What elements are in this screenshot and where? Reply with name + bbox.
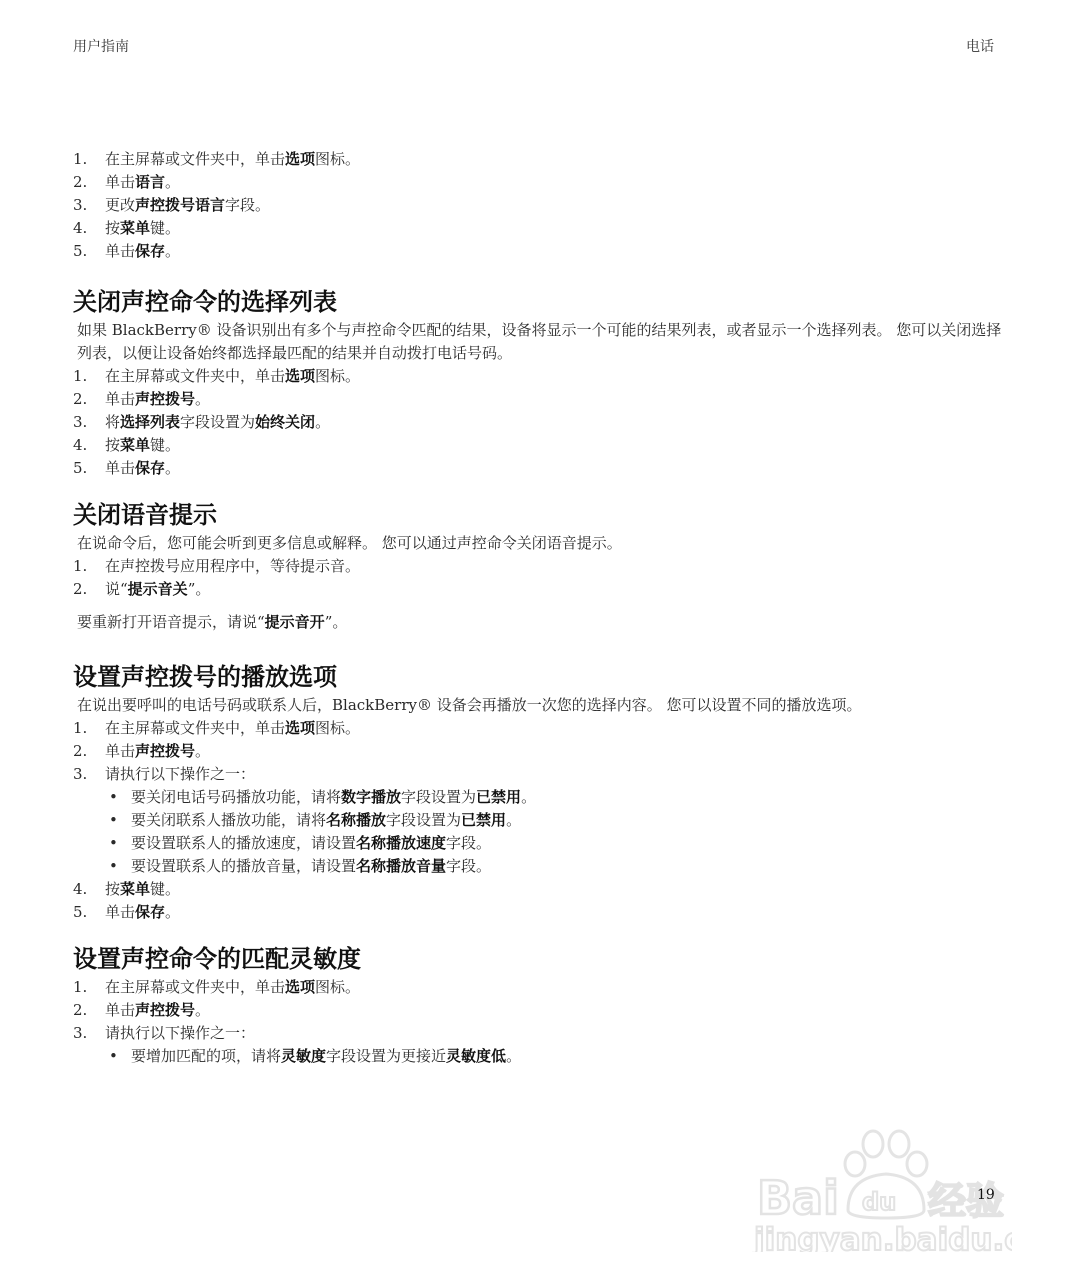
text-run: 单击 [105, 903, 135, 921]
ui-term: 声控拨号 [135, 742, 195, 760]
step-text: 要设置联系人的播放音量，请设置名称播放音量字段。 [131, 855, 491, 878]
text-run: 请执行以下操作之一： [105, 1024, 255, 1042]
step-number: 3. [73, 194, 105, 217]
bullet-icon: • [109, 809, 131, 832]
step-number: 2. [73, 740, 105, 763]
step-text: 在主屏幕或文件夹中，单击选项图标。 [105, 365, 360, 388]
ui-term: 灵敏度低 [446, 1047, 506, 1065]
list-item: 2.单击语言。 [73, 171, 1003, 194]
bullet-icon: • [109, 786, 131, 809]
section-heading: 关闭声控命令的选择列表 [73, 285, 1003, 319]
step-text: 要关闭联系人播放功能，请将名称播放字段设置为已禁用。 [131, 809, 521, 832]
text-run: 图标。 [315, 719, 360, 737]
text-run: ”。 [325, 613, 348, 631]
list-item: 3.更改声控拨号语言字段。 [73, 194, 1003, 217]
svg-text:du: du [862, 1188, 896, 1216]
sections: 关闭声控命令的选择列表如果 BlackBerry® 设备识别出有多个与声控命令匹… [73, 285, 1003, 1068]
section-paragraph: 在说命令后，您可能会听到更多信息或解释。 您可以通过声控命令关闭语音提示。 [77, 532, 1003, 555]
baidu-jingyan-watermark: Bai du 经验 jingyan.baidu.com [752, 1122, 1012, 1252]
list-item: 4.按菜单键。 [73, 878, 1003, 901]
text-run: 请执行以下操作之一： [105, 765, 255, 783]
text-run: 按 [105, 880, 120, 898]
list-item: 3.将选择列表字段设置为始终关闭。 [73, 411, 1003, 434]
ui-term: 始终关闭 [255, 413, 315, 431]
text-run: 字段。 [446, 857, 491, 875]
step-text: 单击保存。 [105, 240, 180, 263]
ui-term: 声控拨号 [135, 390, 195, 408]
ui-term: 保存 [135, 459, 165, 477]
step-text: 单击语言。 [105, 171, 180, 194]
section: 关闭声控命令的选择列表如果 BlackBerry® 设备识别出有多个与声控命令匹… [73, 285, 1003, 480]
step-text: 说“提示音关”。 [105, 578, 210, 601]
ui-term: 灵敏度 [281, 1047, 326, 1065]
step-number: 3. [73, 411, 105, 434]
ui-term: 声控拨号语言 [135, 196, 225, 214]
ui-term: 名称播放速度 [356, 834, 446, 852]
ui-term: 保存 [135, 242, 165, 260]
step-text: 请执行以下操作之一： [105, 1022, 255, 1045]
step-text: 单击声控拨号。 [105, 388, 210, 411]
list-item: 2.单击声控拨号。 [73, 740, 1003, 763]
page-content: 1.在主屏幕或文件夹中，单击选项图标。2.单击语言。3.更改声控拨号语言字段。4… [73, 148, 1003, 1068]
step-number: 1. [73, 365, 105, 388]
ui-term: 名称播放音量 [356, 857, 446, 875]
text-run: 在主屏幕或文件夹中，单击 [105, 719, 285, 737]
section-heading: 设置声控拨号的播放选项 [73, 660, 1003, 694]
text-run: 将 [105, 413, 120, 431]
ui-term: 数字播放 [341, 788, 401, 806]
text-run: 字段。 [225, 196, 270, 214]
ui-term: 名称播放 [326, 811, 386, 829]
step-text: 在主屏幕或文件夹中，单击选项图标。 [105, 148, 360, 171]
text-run: 在主屏幕或文件夹中，单击 [105, 367, 285, 385]
step-text: 将选择列表字段设置为始终关闭。 [105, 411, 330, 434]
step-number: 2. [73, 171, 105, 194]
text-run: 要关闭电话号码播放功能，请将 [131, 788, 341, 806]
ui-term: 语言 [135, 173, 165, 191]
section-note: 要重新打开语音提示，请说“提示音开”。 [77, 611, 1003, 634]
text-run: 说“ [105, 580, 128, 598]
step-text: 在声控拨号应用程序中，等待提示音。 [105, 555, 360, 578]
ui-term: 提示音关 [128, 580, 188, 598]
ui-term: 保存 [135, 903, 165, 921]
paw-toe-icon [863, 1131, 883, 1157]
ui-term: 声控拨号 [135, 1001, 195, 1019]
text-run: 。 [506, 1047, 521, 1065]
page-number: 19 [977, 1187, 995, 1203]
step-number: 5. [73, 901, 105, 924]
step-number: 5. [73, 240, 105, 263]
step-number: 1. [73, 717, 105, 740]
step-number: 2. [73, 388, 105, 411]
text-run: 字段设置为 [386, 811, 461, 829]
text-run: 。 [195, 742, 210, 760]
ui-term: 菜单 [120, 219, 150, 237]
step-text: 在主屏幕或文件夹中，单击选项图标。 [105, 976, 360, 999]
list-item: 1.在主屏幕或文件夹中，单击选项图标。 [73, 976, 1003, 999]
step-number: 3. [73, 763, 105, 786]
list-item: 4.按菜单键。 [73, 434, 1003, 457]
section-heading: 设置声控命令的匹配灵敏度 [73, 942, 1003, 976]
ui-term: 菜单 [120, 436, 150, 454]
ui-term: 已禁用 [476, 788, 521, 806]
list-item: 1.在声控拨号应用程序中，等待提示音。 [73, 555, 1003, 578]
list-item: 2.说“提示音关”。 [73, 578, 1003, 601]
text-run: 单击 [105, 242, 135, 260]
text-run: 键。 [150, 436, 180, 454]
text-run: 要设置联系人的播放音量，请设置 [131, 857, 356, 875]
list-item: 3.请执行以下操作之一： [73, 1022, 1003, 1045]
text-run: 在主屏幕或文件夹中，单击 [105, 978, 285, 996]
text-run: 。 [165, 173, 180, 191]
section-paragraph: 如果 BlackBerry® 设备识别出有多个与声控命令匹配的结果，设备将显示一… [77, 319, 1003, 365]
running-header-left: 用户指南 [73, 36, 129, 56]
list-item: 4.按菜单键。 [73, 217, 1003, 240]
step-text: 要关闭电话号码播放功能，请将数字播放字段设置为已禁用。 [131, 786, 536, 809]
text-run: 。 [165, 242, 180, 260]
text-run: 。 [315, 413, 330, 431]
list-item: 5.单击保存。 [73, 457, 1003, 480]
list-item: 3.请执行以下操作之一： [73, 763, 1003, 786]
step-text: 更改声控拨号语言字段。 [105, 194, 270, 217]
step-number: 2. [73, 578, 105, 601]
text-run: 字段设置为 [180, 413, 255, 431]
section: 关闭语音提示在说命令后，您可能会听到更多信息或解释。 您可以通过声控命令关闭语音… [73, 498, 1003, 634]
section-heading: 关闭语音提示 [73, 498, 1003, 532]
list-item: 1.在主屏幕或文件夹中，单击选项图标。 [73, 148, 1003, 171]
bullet-icon: • [109, 832, 131, 855]
text-run: 字段设置为更接近 [326, 1047, 446, 1065]
ui-term: 选项 [285, 150, 315, 168]
text-run: 要设置联系人的播放速度，请设置 [131, 834, 356, 852]
text-run: 。 [165, 459, 180, 477]
step-text: 要增加匹配的项，请将灵敏度字段设置为更接近灵敏度低。 [131, 1045, 521, 1068]
text-run: 。 [195, 1001, 210, 1019]
intro-steps: 1.在主屏幕或文件夹中，单击选项图标。2.单击语言。3.更改声控拨号语言字段。4… [73, 148, 1003, 263]
text-run: 更改 [105, 196, 135, 214]
svg-text:Bai: Bai [757, 1171, 839, 1225]
list-item: 2.单击声控拨号。 [73, 999, 1003, 1022]
bullet-item: •要增加匹配的项，请将灵敏度字段设置为更接近灵敏度低。 [73, 1045, 1003, 1068]
text-run: ”。 [188, 580, 211, 598]
step-number: 5. [73, 457, 105, 480]
bullet-icon: • [109, 1045, 131, 1068]
text-run: 图标。 [315, 978, 360, 996]
bullet-item: •要设置联系人的播放速度，请设置名称播放速度字段。 [73, 832, 1003, 855]
section: 设置声控命令的匹配灵敏度1.在主屏幕或文件夹中，单击选项图标。2.单击声控拨号。… [73, 942, 1003, 1068]
text-run: 要重新打开语音提示，请说“ [77, 613, 265, 631]
step-number: 4. [73, 434, 105, 457]
text-run: 要关闭联系人播放功能，请将 [131, 811, 326, 829]
step-number: 1. [73, 148, 105, 171]
text-run: 在声控拨号应用程序中，等待提示音。 [105, 557, 360, 575]
text-run: 单击 [105, 173, 135, 191]
text-run: 键。 [150, 880, 180, 898]
list-item: 1.在主屏幕或文件夹中，单击选项图标。 [73, 365, 1003, 388]
step-number: 1. [73, 976, 105, 999]
text-run: 要增加匹配的项，请将 [131, 1047, 281, 1065]
step-text: 请执行以下操作之一： [105, 763, 255, 786]
bullet-item: •要关闭电话号码播放功能，请将数字播放字段设置为已禁用。 [73, 786, 1003, 809]
text-run: 字段。 [446, 834, 491, 852]
ui-term: 选项 [285, 978, 315, 996]
list-item: 5.单击保存。 [73, 240, 1003, 263]
step-number: 1. [73, 555, 105, 578]
text-run: 图标。 [315, 150, 360, 168]
text-run: 图标。 [315, 367, 360, 385]
step-text: 要重新打开语音提示，请说“提示音开”。 [77, 613, 347, 631]
svg-text:jingyan.baidu.com: jingyan.baidu.com [752, 1222, 1012, 1252]
ui-term: 提示音开 [265, 613, 325, 631]
bullet-item: •要关闭联系人播放功能，请将名称播放字段设置为已禁用。 [73, 809, 1003, 832]
step-text: 按菜单键。 [105, 217, 180, 240]
step-text: 按菜单键。 [105, 878, 180, 901]
ui-term: 选项 [285, 719, 315, 737]
running-header-right: 电话 [966, 36, 994, 56]
list-item: 5.单击保存。 [73, 901, 1003, 924]
step-text: 按菜单键。 [105, 434, 180, 457]
text-run: 。 [195, 390, 210, 408]
step-text: 单击声控拨号。 [105, 740, 210, 763]
step-text: 单击保存。 [105, 901, 180, 924]
text-run: 。 [521, 788, 536, 806]
step-text: 在主屏幕或文件夹中，单击选项图标。 [105, 717, 360, 740]
bullet-item: •要设置联系人的播放音量，请设置名称播放音量字段。 [73, 855, 1003, 878]
text-run: 在主屏幕或文件夹中，单击 [105, 150, 285, 168]
step-number: 4. [73, 878, 105, 901]
ui-term: 选项 [285, 367, 315, 385]
list-item: 1.在主屏幕或文件夹中，单击选项图标。 [73, 717, 1003, 740]
list-item: 2.单击声控拨号。 [73, 388, 1003, 411]
text-run: 单击 [105, 1001, 135, 1019]
step-number: 3. [73, 1022, 105, 1045]
text-run: 字段设置为 [401, 788, 476, 806]
text-run: 按 [105, 436, 120, 454]
text-run: 按 [105, 219, 120, 237]
bullet-icon: • [109, 855, 131, 878]
text-run: 单击 [105, 459, 135, 477]
section-paragraph: 在说出要呼叫的电话号码或联系人后，BlackBerry® 设备会再播放一次您的选… [77, 694, 1003, 717]
text-run: 。 [165, 903, 180, 921]
step-text: 要设置联系人的播放速度，请设置名称播放速度字段。 [131, 832, 491, 855]
ui-term: 已禁用 [461, 811, 506, 829]
ui-term: 菜单 [120, 880, 150, 898]
step-number: 2. [73, 999, 105, 1022]
text-run: 单击 [105, 742, 135, 760]
text-run: 键。 [150, 219, 180, 237]
text-run: 单击 [105, 390, 135, 408]
ui-term: 选择列表 [120, 413, 180, 431]
text-run: 。 [506, 811, 521, 829]
step-text: 单击保存。 [105, 457, 180, 480]
step-number: 4. [73, 217, 105, 240]
section: 设置声控拨号的播放选项在说出要呼叫的电话号码或联系人后，BlackBerry® … [73, 660, 1003, 924]
step-text: 单击声控拨号。 [105, 999, 210, 1022]
